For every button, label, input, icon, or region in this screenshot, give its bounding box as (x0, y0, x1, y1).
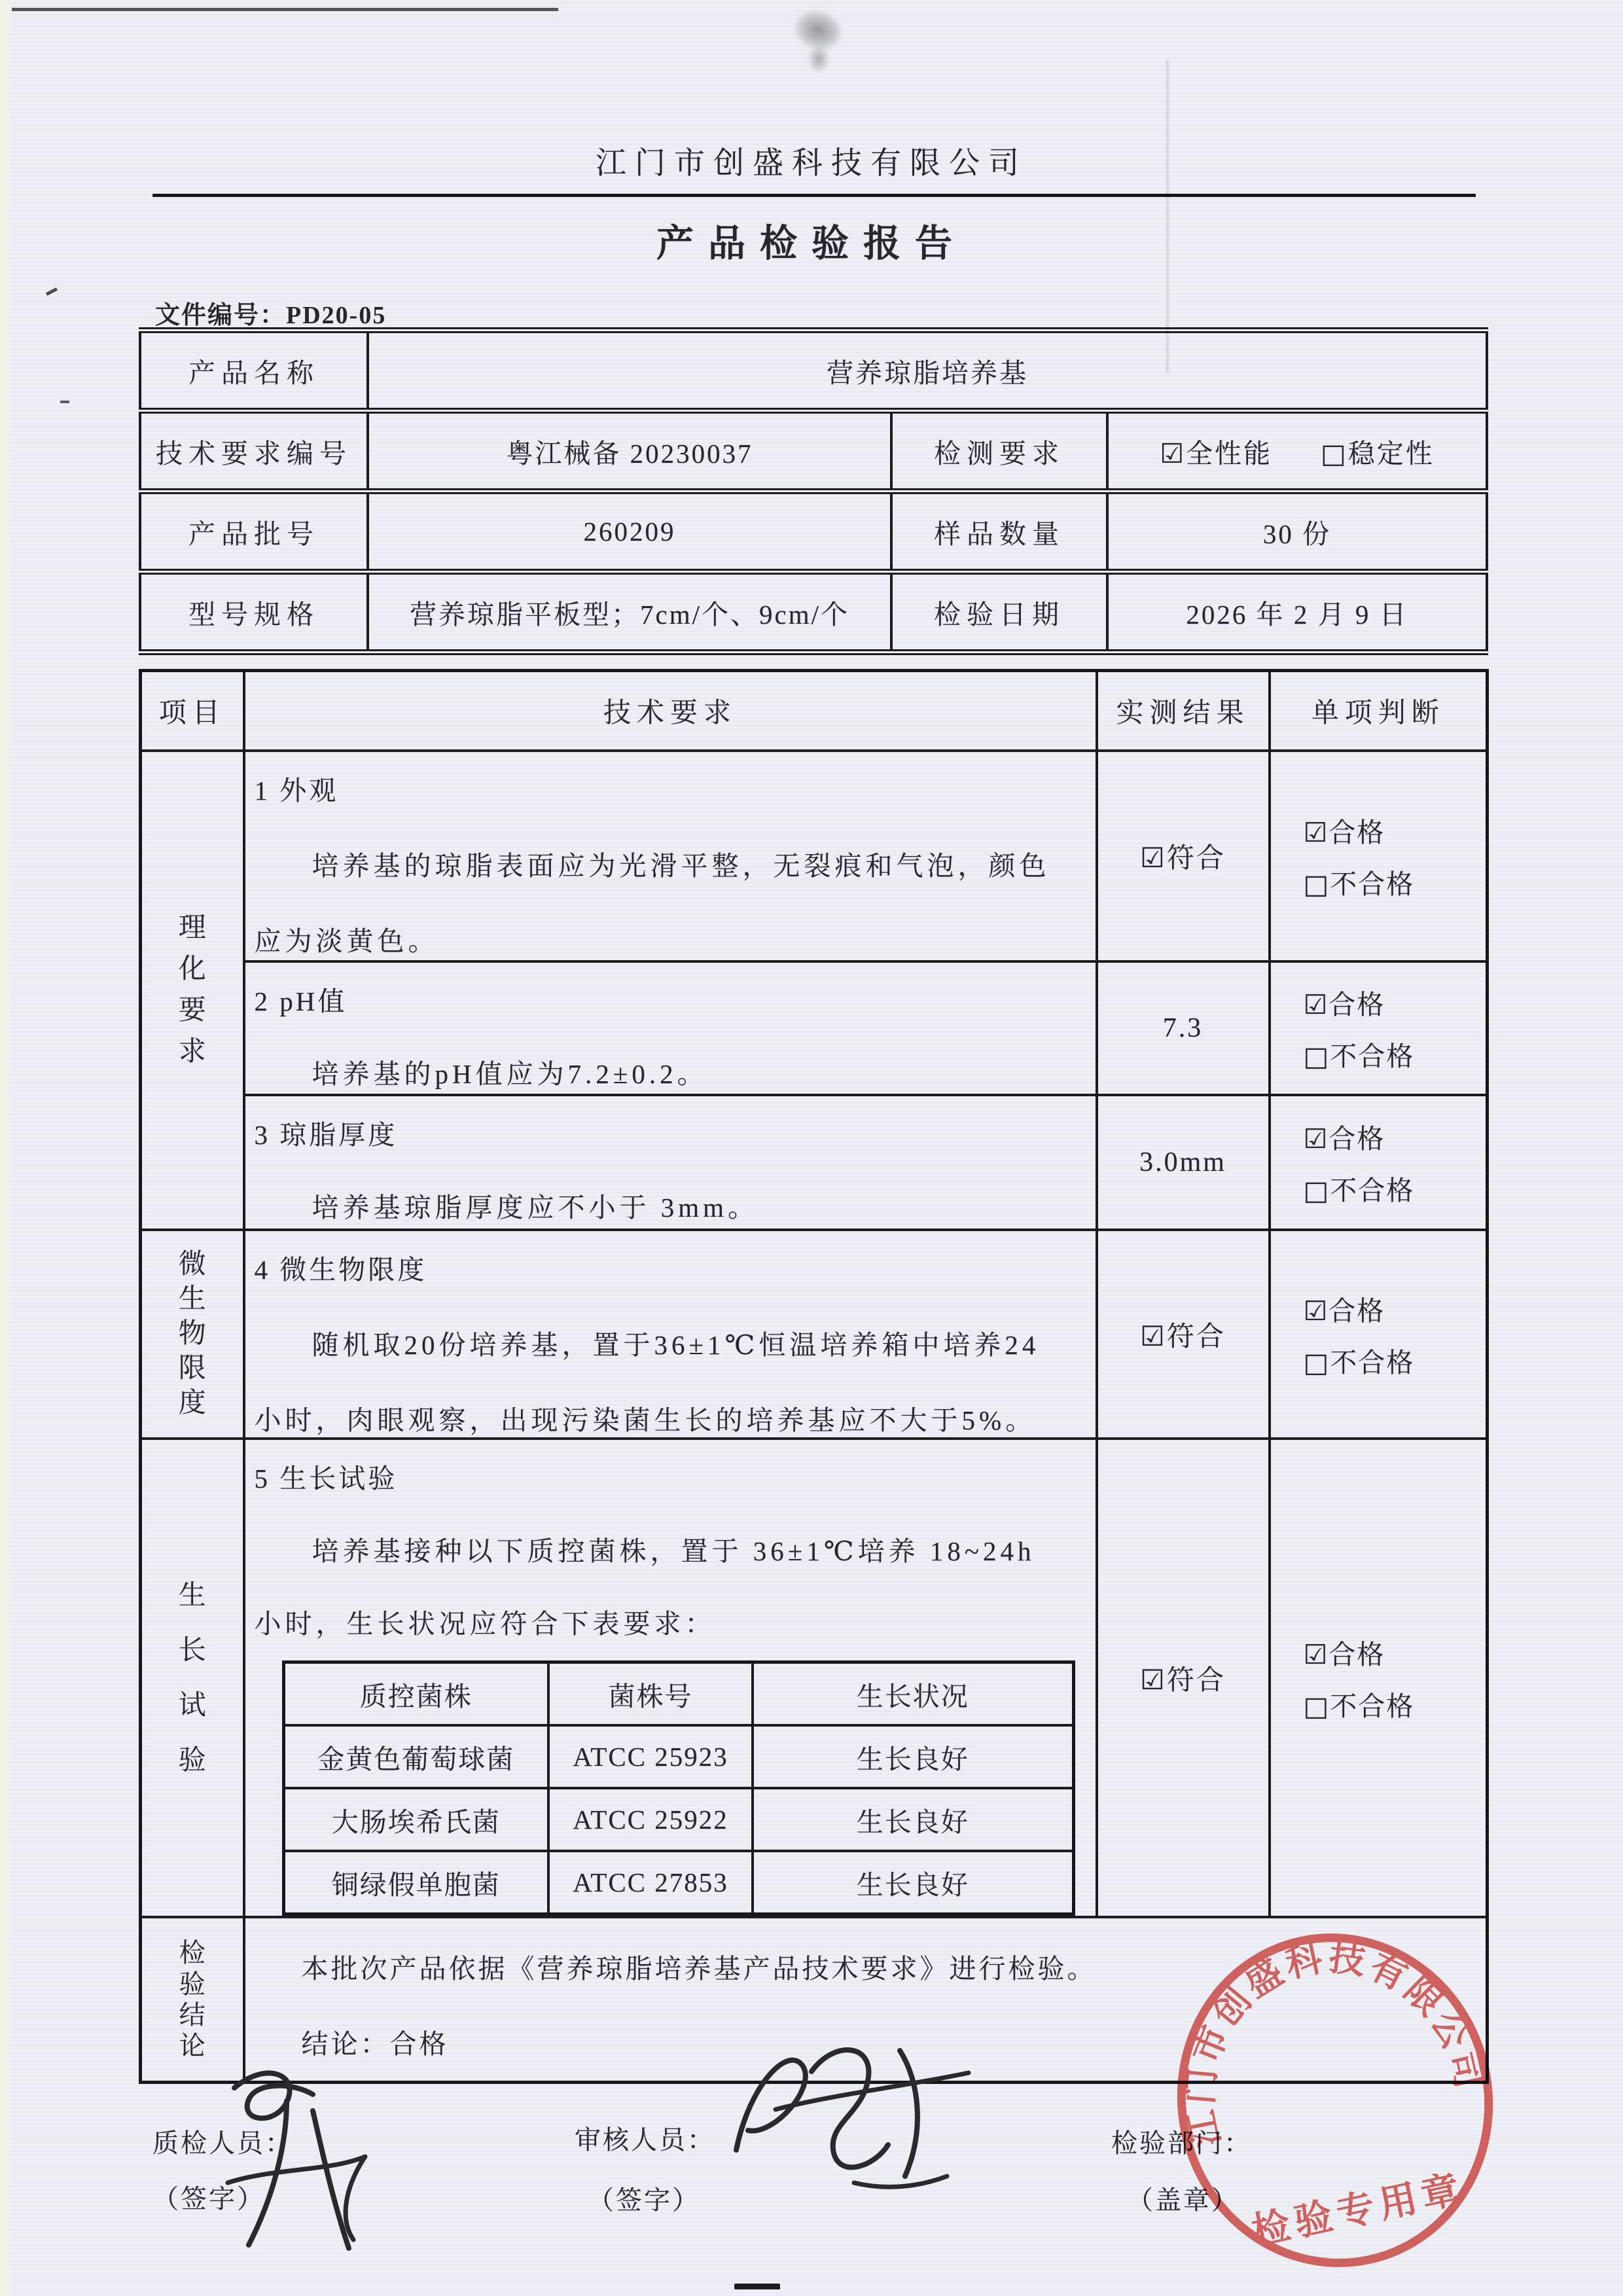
doc-number: 文件编号：PD20-05 (155, 295, 386, 331)
table-row-appearance: 理化要求 1 外观 培养基的琼脂表面应为光滑平整，无裂痕和气泡，颜色 应为淡黄色… (141, 751, 1488, 961)
test-req-label: 检测要求 (891, 411, 1107, 492)
scan-artifact-topline (12, 8, 558, 11)
reviewer-sign-label: （签字） (588, 2179, 700, 2217)
reviewer-label: 审核人员： (575, 2119, 715, 2157)
strain-no-col-header: 菌株号 (548, 1662, 753, 1726)
scan-edge-strip (0, 0, 9, 2296)
table-row: 产品名称 营养琼脂培养基 (140, 331, 1487, 411)
growth-status: 生长良好 (753, 1725, 1073, 1788)
table-row: 铜绿假单胞菌 ATCC 27853 生长良好 (283, 1851, 1073, 1914)
scan-artifact-smudge-2 (804, 39, 834, 79)
table-row: 大肠埃希氏菌 ATCC 25922 生长良好 (283, 1788, 1073, 1851)
stamp-inner-text: 检验专用章 (1248, 2167, 1468, 2253)
requirement-growth: 5 生长试验 培养基接种以下质控菌株，置于 36±1℃培养 18~24h 小时，… (244, 1439, 1097, 1917)
result-appearance: ☑符合 (1097, 751, 1270, 961)
doc-number-value: PD20-05 (286, 302, 386, 329)
scan-artifact-dash (60, 401, 69, 403)
svg-text:江门市创盛科技有限公司: 江门市创盛科技有限公司 (1152, 1912, 1489, 2151)
strain-number: ATCC 25922 (548, 1788, 753, 1851)
checkbox-fail: □不合格 (1271, 1035, 1486, 1073)
product-name-value: 营养琼脂培养基 (368, 331, 1487, 411)
checkbox-pass: ☑合格 (1271, 1289, 1486, 1328)
qc-signature (188, 2049, 404, 2265)
checkbox-full-performance: ☑全性能 (1160, 438, 1272, 469)
col-header-judgement: 单项判断 (1270, 671, 1488, 751)
table-row-agar: 3 琼脂厚度 培养基琼脂厚度应不小于 3mm。 3.0mm ☑合格 □不合格 (141, 1095, 1488, 1230)
table-row-growth: 生长试验 5 生长试验 培养基接种以下质控菌株，置于 36±1℃培养 18~24… (141, 1439, 1488, 1917)
strain-number: ATCC 25923 (548, 1725, 753, 1788)
judgement-micro: ☑合格 □不合格 (1270, 1230, 1488, 1439)
judgement-agar: ☑合格 □不合格 (1270, 1095, 1488, 1230)
checkbox-pass: ☑合格 (1271, 983, 1486, 1022)
product-info-table: 产品名称 营养琼脂培养基 技术要求编号 粤江械备 20230037 检测要求 ☑… (139, 327, 1488, 655)
judgement-growth: ☑合格 □不合格 (1270, 1439, 1488, 1917)
requirement-micro: 4 微生物限度 随机取20份培养基，置于36±1℃恒温培养箱中培养24 小时，肉… (244, 1230, 1097, 1439)
checkbox-fail: □不合格 (1271, 1341, 1486, 1380)
strain-number: ATCC 27853 (548, 1851, 753, 1914)
col-header-requirement: 技术要求 (244, 671, 1097, 751)
checkbox-pass: ☑合格 (1271, 1117, 1486, 1156)
batch-label: 产品批号 (140, 492, 368, 572)
sample-qty-value: 30 份 (1107, 492, 1487, 572)
checkbox-fail: □不合格 (1271, 1685, 1486, 1723)
requirement-agar: 3 琼脂厚度 培养基琼脂厚度应不小于 3mm。 (244, 1095, 1097, 1230)
category-growth: 生长试验 (141, 1439, 244, 1917)
strain-name: 金黄色葡萄球菌 (283, 1725, 548, 1788)
growth-status-col-header: 生长状况 (753, 1662, 1073, 1726)
requirement-appearance: 1 外观 培养基的琼脂表面应为光滑平整，无裂痕和气泡，颜色 应为淡黄色。 (244, 751, 1097, 961)
product-name-label: 产品名称 (140, 331, 368, 411)
category-physchem: 理化要求 (141, 751, 244, 1230)
requirement-ph: 2 pH值 培养基的pH值应为7.2±0.2。 (244, 961, 1097, 1095)
result-growth: ☑符合 (1097, 1439, 1270, 1917)
result-ph: 7.3 (1097, 961, 1270, 1095)
table-header-row: 质控菌株 菌株号 生长状况 (283, 1662, 1073, 1726)
col-header-result: 实测结果 (1097, 671, 1270, 751)
judgement-ph: ☑合格 □不合格 (1270, 961, 1488, 1095)
growth-status: 生长良好 (753, 1851, 1073, 1914)
scanned-report-page: 江门市创盛科技有限公司 产品检验报告 文件编号：PD20-05 产品名称 营养琼… (0, 0, 1623, 2296)
scan-artifact-dash (46, 287, 58, 296)
page-title: 产品检验报告 (0, 213, 1623, 267)
result-agar: 3.0mm (1097, 1095, 1270, 1230)
table-row-micro: 微生物限度 4 微生物限度 随机取20份培养基，置于36±1℃恒温培养箱中培养2… (141, 1230, 1488, 1439)
model-label: 型号规格 (140, 572, 368, 653)
checkbox-pass: ☑合格 (1271, 1633, 1486, 1672)
table-row-ph: 2 pH值 培养基的pH值应为7.2±0.2。 7.3 ☑合格 □不合格 (141, 961, 1488, 1095)
result-micro: ☑符合 (1097, 1230, 1270, 1439)
scan-artifact-dash-bottom (734, 2284, 780, 2289)
col-header-item: 项目 (141, 671, 244, 751)
inspect-date-value: 2026 年 2 月 9 日 (1107, 572, 1487, 653)
test-req-value: ☑全性能□稳定性 (1107, 411, 1487, 492)
inspection-table: 项目 技术要求 实测结果 单项判断 理化要求 1 外观 培养基的琼脂表面应为光滑… (139, 669, 1489, 2084)
batch-value: 260209 (368, 492, 891, 572)
checkbox-fail: □不合格 (1271, 863, 1486, 901)
reviewer-signature (704, 2026, 985, 2222)
header-rule (152, 194, 1476, 197)
tech-req-value: 粤江械备 20230037 (368, 411, 891, 492)
growth-status: 生长良好 (753, 1788, 1073, 1851)
checkbox-stability: □稳定性 (1321, 438, 1435, 469)
strain-name: 铜绿假单胞菌 (283, 1851, 548, 1914)
company-inspection-stamp: 江门市创盛科技有限公司 检验专用章 (1152, 1912, 1518, 2289)
table-row: 技术要求编号 粤江械备 20230037 检测要求 ☑全性能□稳定性 (140, 411, 1487, 492)
table-row: 金黄色葡萄球菌 ATCC 25923 生长良好 (283, 1725, 1073, 1788)
inspect-date-label: 检验日期 (891, 572, 1107, 653)
category-micro: 微生物限度 (141, 1230, 244, 1439)
strain-col-header: 质控菌株 (283, 1662, 548, 1726)
model-value: 营养琼脂平板型；7cm/个、9cm/个 (368, 572, 891, 653)
doc-number-label: 文件编号： (155, 302, 286, 329)
tech-req-label: 技术要求编号 (140, 411, 368, 492)
judgement-appearance: ☑合格 □不合格 (1270, 751, 1488, 961)
table-row: 产品批号 260209 样品数量 30 份 (140, 492, 1487, 572)
table-row: 型号规格 营养琼脂平板型；7cm/个、9cm/个 检验日期 2026 年 2 月… (140, 572, 1487, 653)
company-name: 江门市创盛科技有限公司 (0, 139, 1623, 183)
stamp-company-text: 江门市创盛科技有限公司 (1152, 1912, 1489, 2151)
sample-qty-label: 样品数量 (891, 492, 1107, 572)
checkbox-fail: □不合格 (1271, 1169, 1486, 1208)
strain-name: 大肠埃希氏菌 (283, 1788, 548, 1851)
growth-strain-table: 质控菌株 菌株号 生长状况 金黄色葡萄球菌 ATCC 25923 生长良好 大肠… (282, 1660, 1075, 1916)
checkbox-pass: ☑合格 (1271, 811, 1486, 850)
table-header-row: 项目 技术要求 实测结果 单项判断 (141, 671, 1488, 751)
